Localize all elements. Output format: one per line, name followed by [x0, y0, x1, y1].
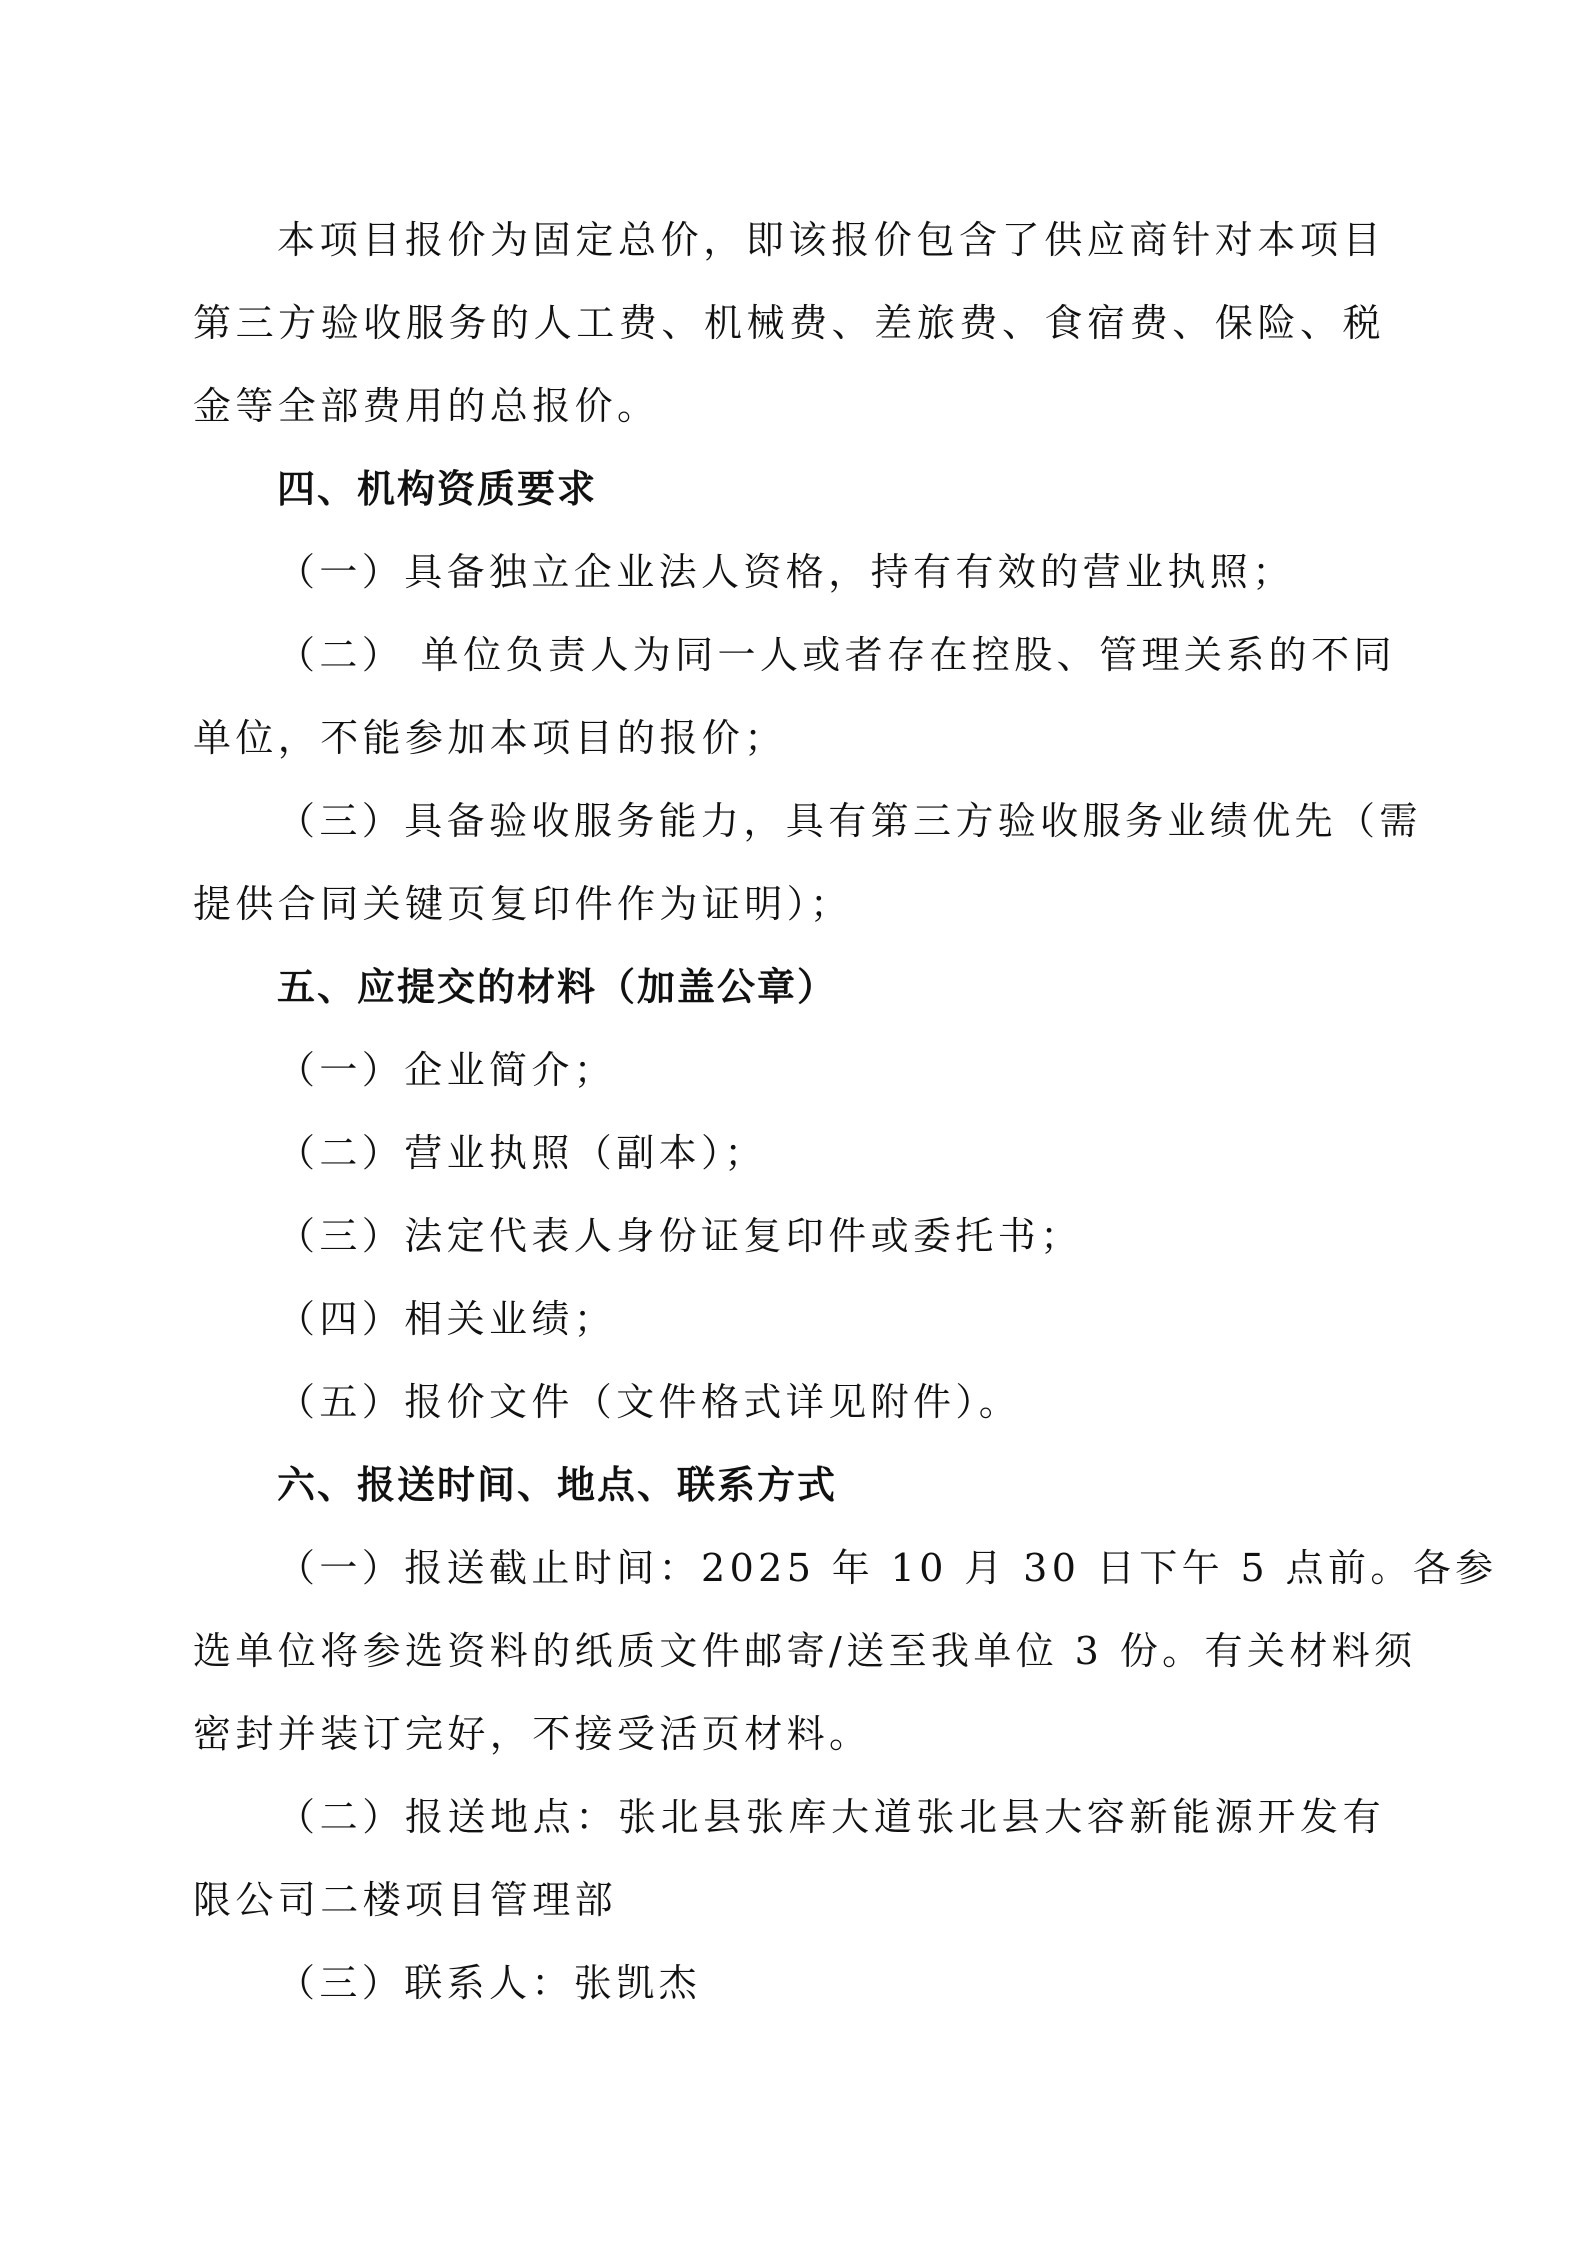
- list-item: （一）报送截止时间：2025 年 10 月 30 日下午 5 点前。各参 选单位…: [193, 1540, 1385, 1789]
- paragraph-line: 第三方验收服务的人工费、机械费、差旅费、食宿费、保险、税: [193, 295, 1385, 378]
- paragraph-line: （一）具备独立企业法人资格，持有有效的营业执照；: [193, 544, 1385, 627]
- list-item: （三）法定代表人身份证复印件或委托书；: [193, 1208, 1385, 1291]
- paragraph-line: 金等全部费用的总报价。: [193, 378, 1385, 461]
- paragraph-line: （二） 单位负责人为同一人或者存在控股、管理关系的不同: [193, 627, 1385, 710]
- document-page: 本项目报价为固定总价，即该报价包含了供应商针对本项目 第三方验收服务的人工费、机…: [193, 212, 1385, 2038]
- paragraph-line: （五）报价文件（文件格式详见附件）。: [193, 1374, 1385, 1457]
- paragraph-line: 密封并装订完好，不接受活页材料。: [193, 1706, 1385, 1789]
- section-required-materials: 五、应提交的材料（加盖公章） （一）企业简介； （二）营业执照（副本）； （三）…: [193, 959, 1385, 1457]
- paragraph-line: 单位，不能参加本项目的报价；: [193, 710, 1385, 793]
- list-item: （二）报送地点：张北县张库大道张北县大容新能源开发有 限公司二楼项目管理部: [193, 1789, 1385, 1955]
- list-item: （四）相关业绩；: [193, 1291, 1385, 1374]
- section-qualification-requirements: 四、机构资质要求 （一）具备独立企业法人资格，持有有效的营业执照； （二） 单位…: [193, 461, 1385, 959]
- section-heading: 五、应提交的材料（加盖公章）: [193, 959, 1385, 1042]
- paragraph-line: （二）报送地点：张北县张库大道张北县大容新能源开发有: [193, 1789, 1385, 1872]
- paragraph-line: （一）报送截止时间：2025 年 10 月 30 日下午 5 点前。各参: [193, 1540, 1385, 1623]
- list-item: （三）联系人：张凯杰: [193, 1955, 1385, 2038]
- paragraph-line: （二）营业执照（副本）；: [193, 1125, 1385, 1208]
- paragraph-line: （三）具备验收服务能力，具有第三方验收服务业绩优先（需: [193, 793, 1385, 876]
- list-item: （二） 单位负责人为同一人或者存在控股、管理关系的不同 单位，不能参加本项目的报…: [193, 627, 1385, 793]
- list-item: （二）营业执照（副本）；: [193, 1125, 1385, 1208]
- paragraph-line: 本项目报价为固定总价，即该报价包含了供应商针对本项目: [193, 212, 1385, 295]
- intro-paragraph: 本项目报价为固定总价，即该报价包含了供应商针对本项目 第三方验收服务的人工费、机…: [193, 212, 1385, 461]
- paragraph-line: 选单位将参选资料的纸质文件邮寄/送至我单位 3 份。有关材料须: [193, 1623, 1385, 1706]
- contact-person-line: （三）联系人：张凯杰: [193, 1955, 1385, 2038]
- section-heading: 六、报送时间、地点、联系方式: [193, 1457, 1385, 1540]
- paragraph-line: （四）相关业绩；: [193, 1291, 1385, 1374]
- list-item: （一）企业简介；: [193, 1042, 1385, 1125]
- paragraph-line: 提供合同关键页复印件作为证明）；: [193, 876, 1385, 959]
- paragraph-line: （三）法定代表人身份证复印件或委托书；: [193, 1208, 1385, 1291]
- section-heading: 四、机构资质要求: [193, 461, 1385, 544]
- list-item: （三）具备验收服务能力，具有第三方验收服务业绩优先（需 提供合同关键页复印件作为…: [193, 793, 1385, 959]
- list-item: （五）报价文件（文件格式详见附件）。: [193, 1374, 1385, 1457]
- paragraph-line: （一）企业简介；: [193, 1042, 1385, 1125]
- section-submission-time-place-contact: 六、报送时间、地点、联系方式 （一）报送截止时间：2025 年 10 月 30 …: [193, 1457, 1385, 2038]
- paragraph-line: 限公司二楼项目管理部: [193, 1872, 1385, 1955]
- list-item: （一）具备独立企业法人资格，持有有效的营业执照；: [193, 544, 1385, 627]
